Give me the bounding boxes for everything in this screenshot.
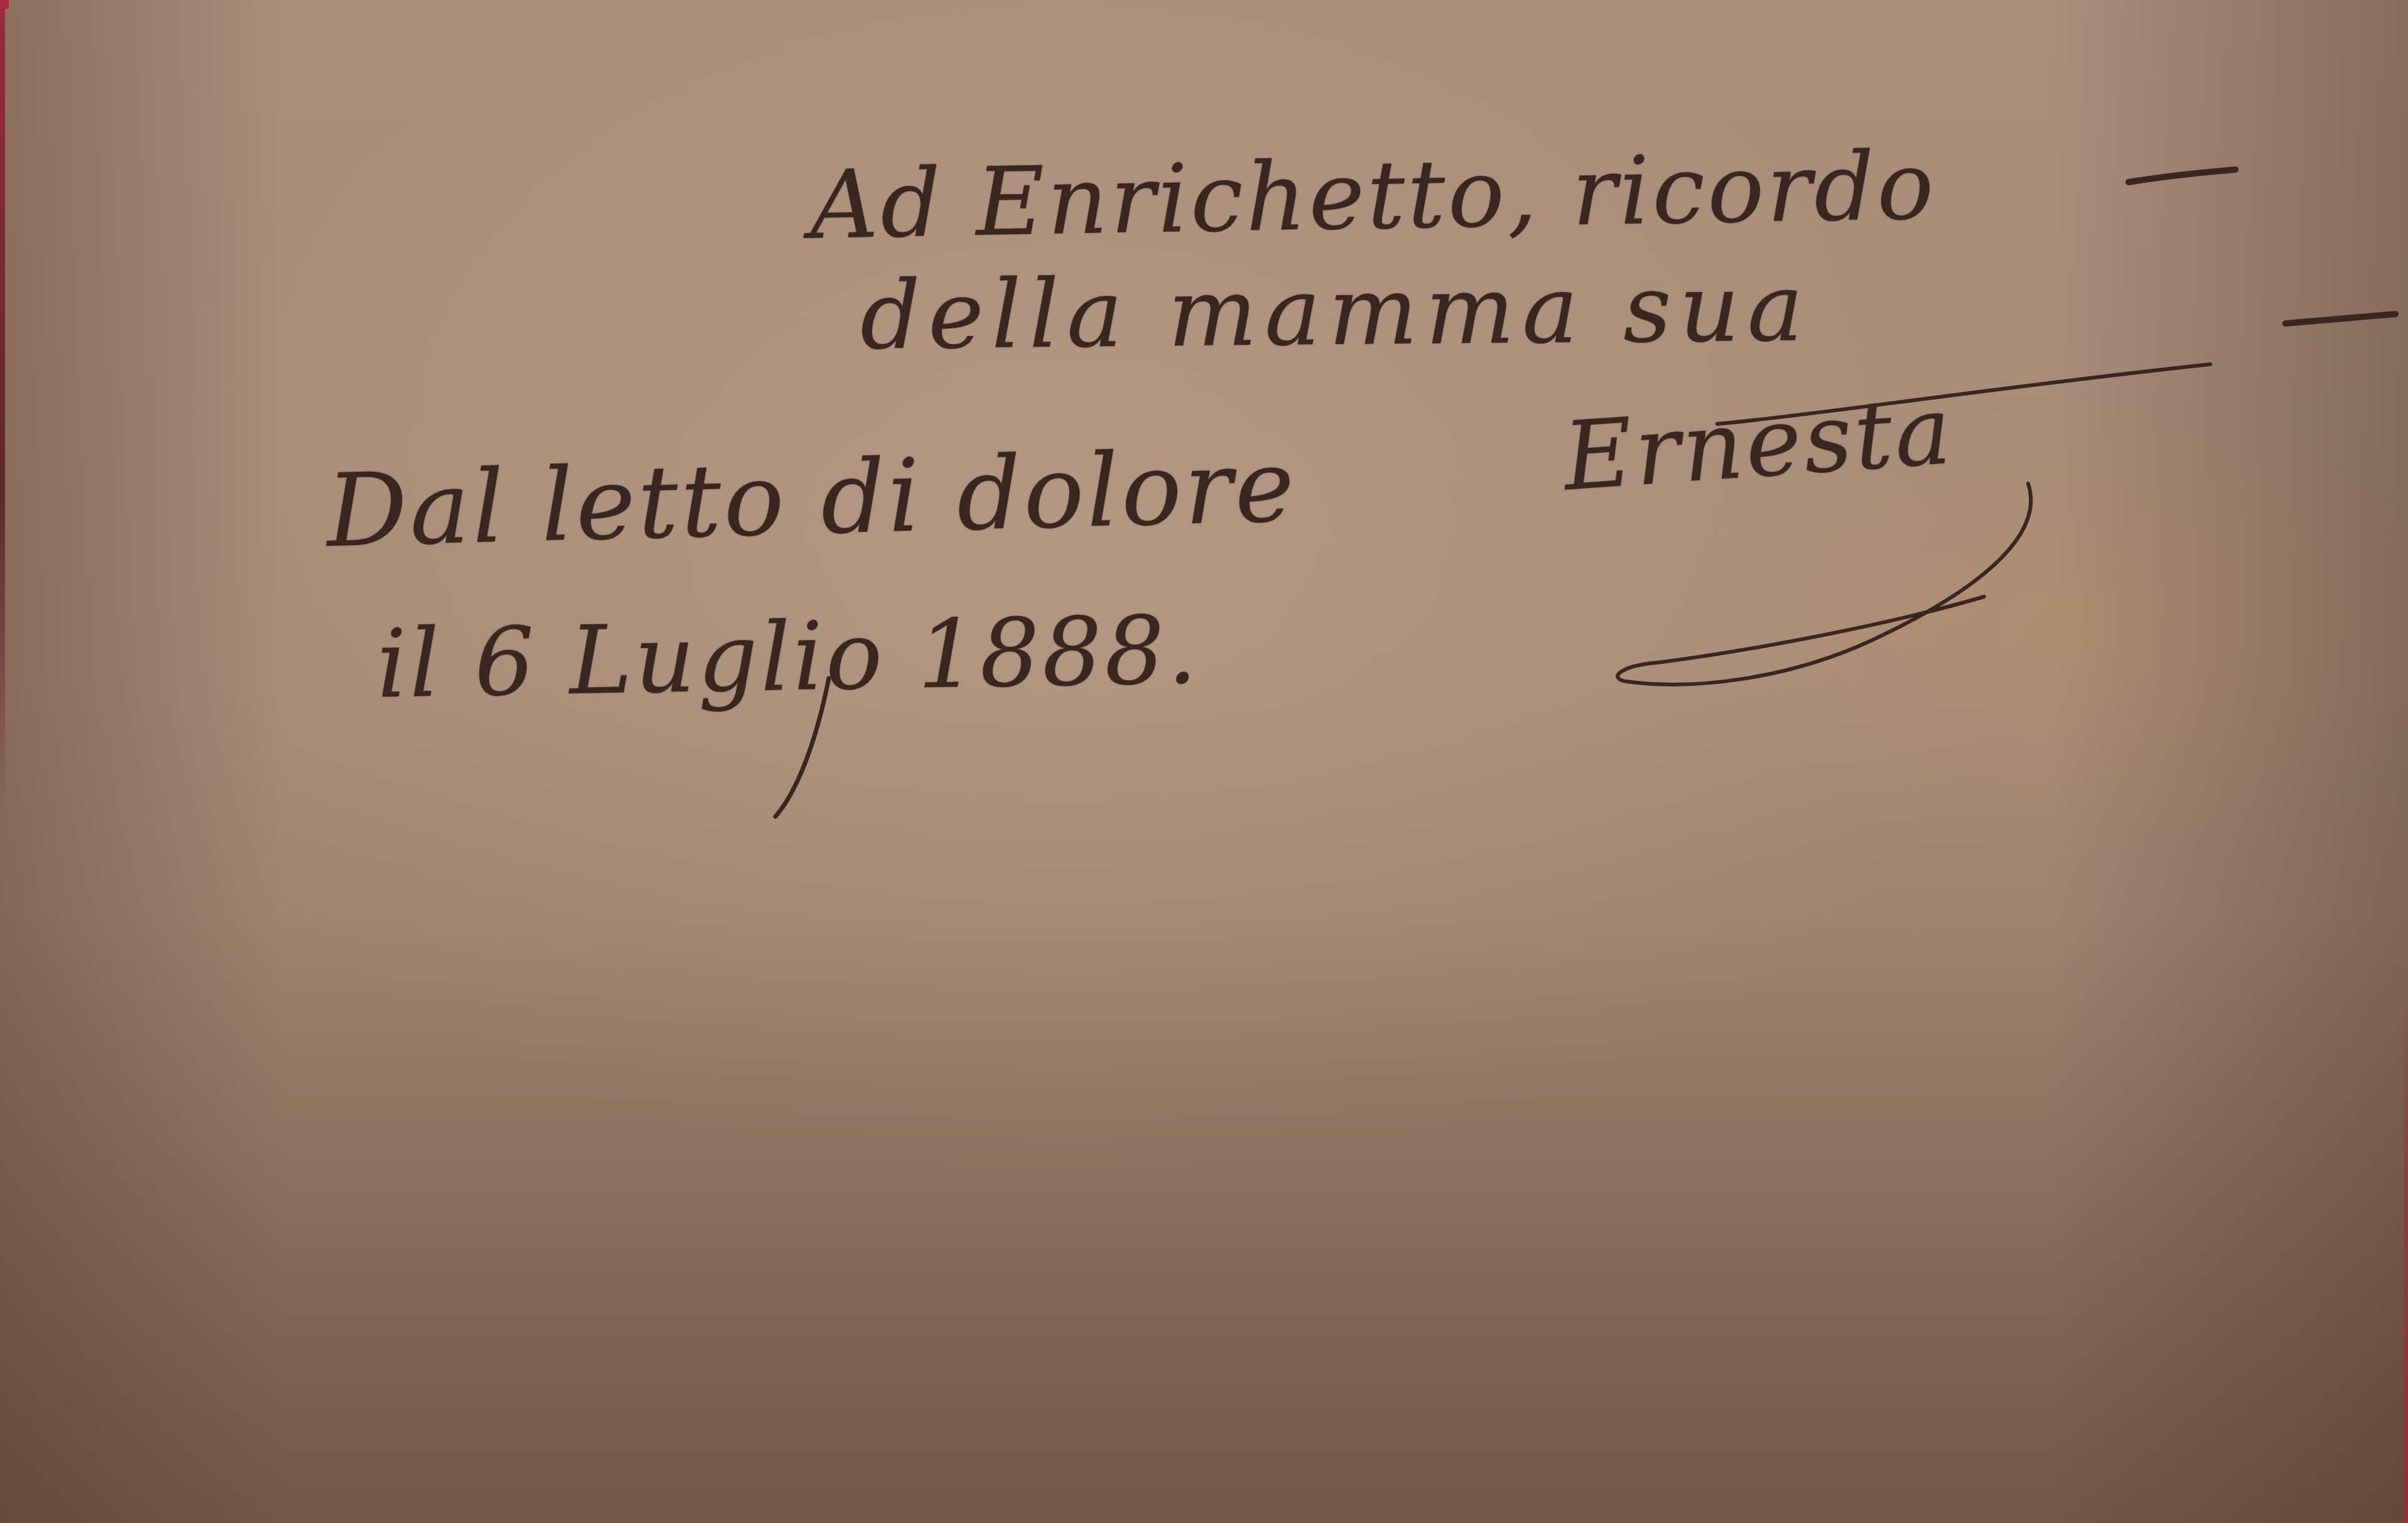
book-cover-corner	[0, 0, 9, 9]
signature: Ernesta	[1560, 376, 1957, 512]
book-cover-edge-left	[0, 0, 5, 816]
date-line: il 6 Luglio 1888.	[376, 596, 1201, 720]
place-line: Dal letto di dolore	[325, 427, 1298, 570]
dedication-line-1: Ad Enrichetto, ricordo	[809, 131, 1937, 260]
book-cover-edge-right	[2404, 1005, 2408, 1523]
dedication-line-2: della mamma sua	[860, 253, 1811, 371]
book-endpaper: Ad Enrichetto, ricordo della mamma sua E…	[0, 0, 2408, 1523]
